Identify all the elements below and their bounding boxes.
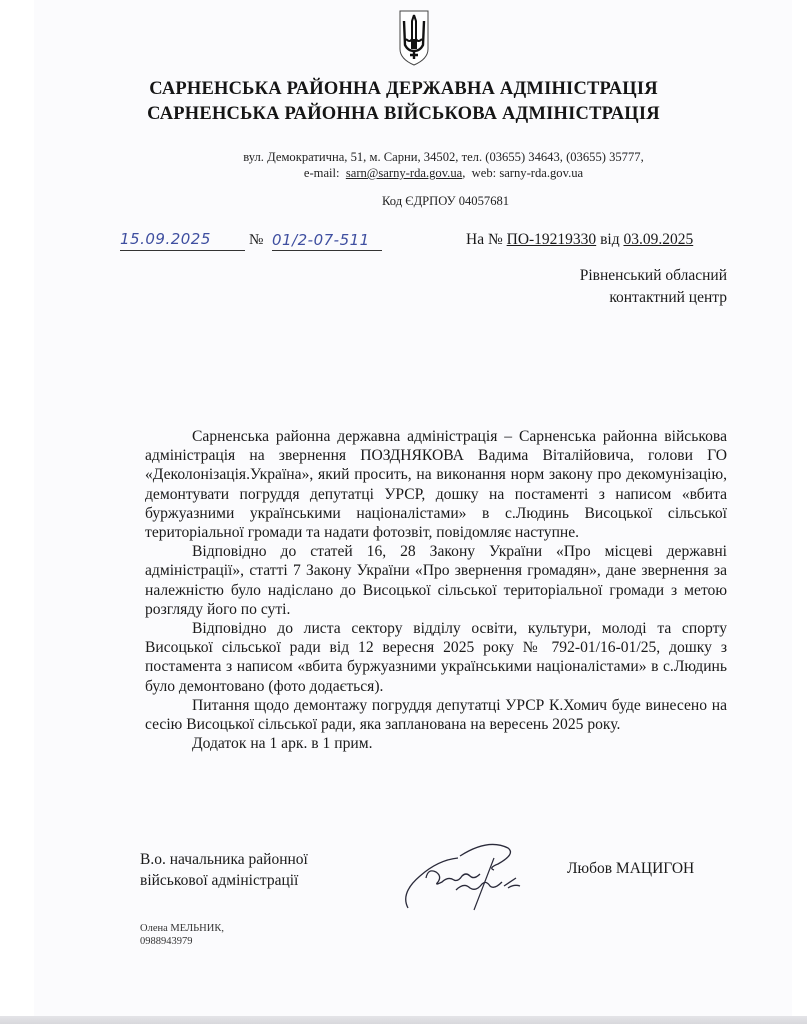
handwritten-signature-icon (398, 838, 528, 918)
reply-reference: На № ПО-19219330 від 03.09.2025 (466, 231, 693, 249)
paragraph: Відповідно до статей 16, 28 Закону Украї… (145, 542, 727, 619)
contacts-line: e-mail: sarn@sarny-rda.gov.ua, web: sarn… (40, 166, 807, 181)
email-link[interactable]: sarn@sarny-rda.gov.ua (346, 166, 462, 180)
recipient-line-1: Рівненський обласний (580, 265, 727, 287)
paragraph: Відповідно до листа сектору відділу осві… (145, 619, 727, 696)
number-sign: № (249, 232, 263, 249)
reply-prefix: На № (466, 231, 503, 248)
paragraph: Питання щодо демонтажу погруддя депутатц… (145, 696, 727, 734)
executor-block: Олена МЕЛЬНИК, 0988943979 (140, 922, 224, 948)
signatory-title-line-2: військової адміністрації (140, 870, 308, 891)
edrpou-code: Код ЄДРПОУ 04057681 (382, 194, 509, 209)
signatory-title-line-1: В.о. начальника районної (140, 849, 308, 870)
signatory-title: В.о. начальника районної військової адмі… (140, 849, 308, 891)
email-label: e-mail: (304, 166, 340, 180)
registration-number-field: 01/2-07-511 (272, 231, 382, 251)
recipient-block: Рівненський обласний контактний центр (580, 265, 727, 309)
recipient-line-2: контактний центр (580, 287, 727, 309)
reply-number: ПО-19219330 (507, 231, 597, 248)
org-name-military-admin: САРНЕНСЬКА РАЙОННА ВІЙСЬКОВА АДМІНІСТРАЦ… (0, 104, 807, 125)
web-label: web: (472, 166, 496, 180)
executor-phone: 0988943979 (140, 935, 224, 948)
registration-date-field: 15.09.2025 (120, 231, 245, 251)
reply-date: 03.09.2025 (623, 231, 693, 248)
paragraph: Сарненська районна державна адміністраці… (145, 427, 727, 542)
reply-from: від (600, 231, 620, 248)
letter-body: Сарненська районна державна адміністраці… (145, 427, 727, 753)
trident-crest-icon (398, 9, 430, 67)
page-bottom-edge (0, 1016, 807, 1024)
address-line: вул. Демократична, 51, м. Сарни, 34502, … (40, 150, 807, 165)
org-name-state-admin: САРНЕНСЬКА РАЙОННА ДЕРЖАВНА АДМІНІСТРАЦІ… (0, 79, 807, 100)
registration-date: 15.09.2025 (120, 230, 211, 248)
paragraph-attachment: Додаток на 1 арк. в 1 прим. (145, 734, 727, 753)
executor-name: Олена МЕЛЬНИК, (140, 922, 224, 935)
signatory-name: Любов МАЦИГОН (567, 860, 694, 878)
registration-number: 01/2-07-511 (272, 231, 370, 249)
web-link[interactable]: sarny-rda.gov.ua (499, 166, 583, 180)
